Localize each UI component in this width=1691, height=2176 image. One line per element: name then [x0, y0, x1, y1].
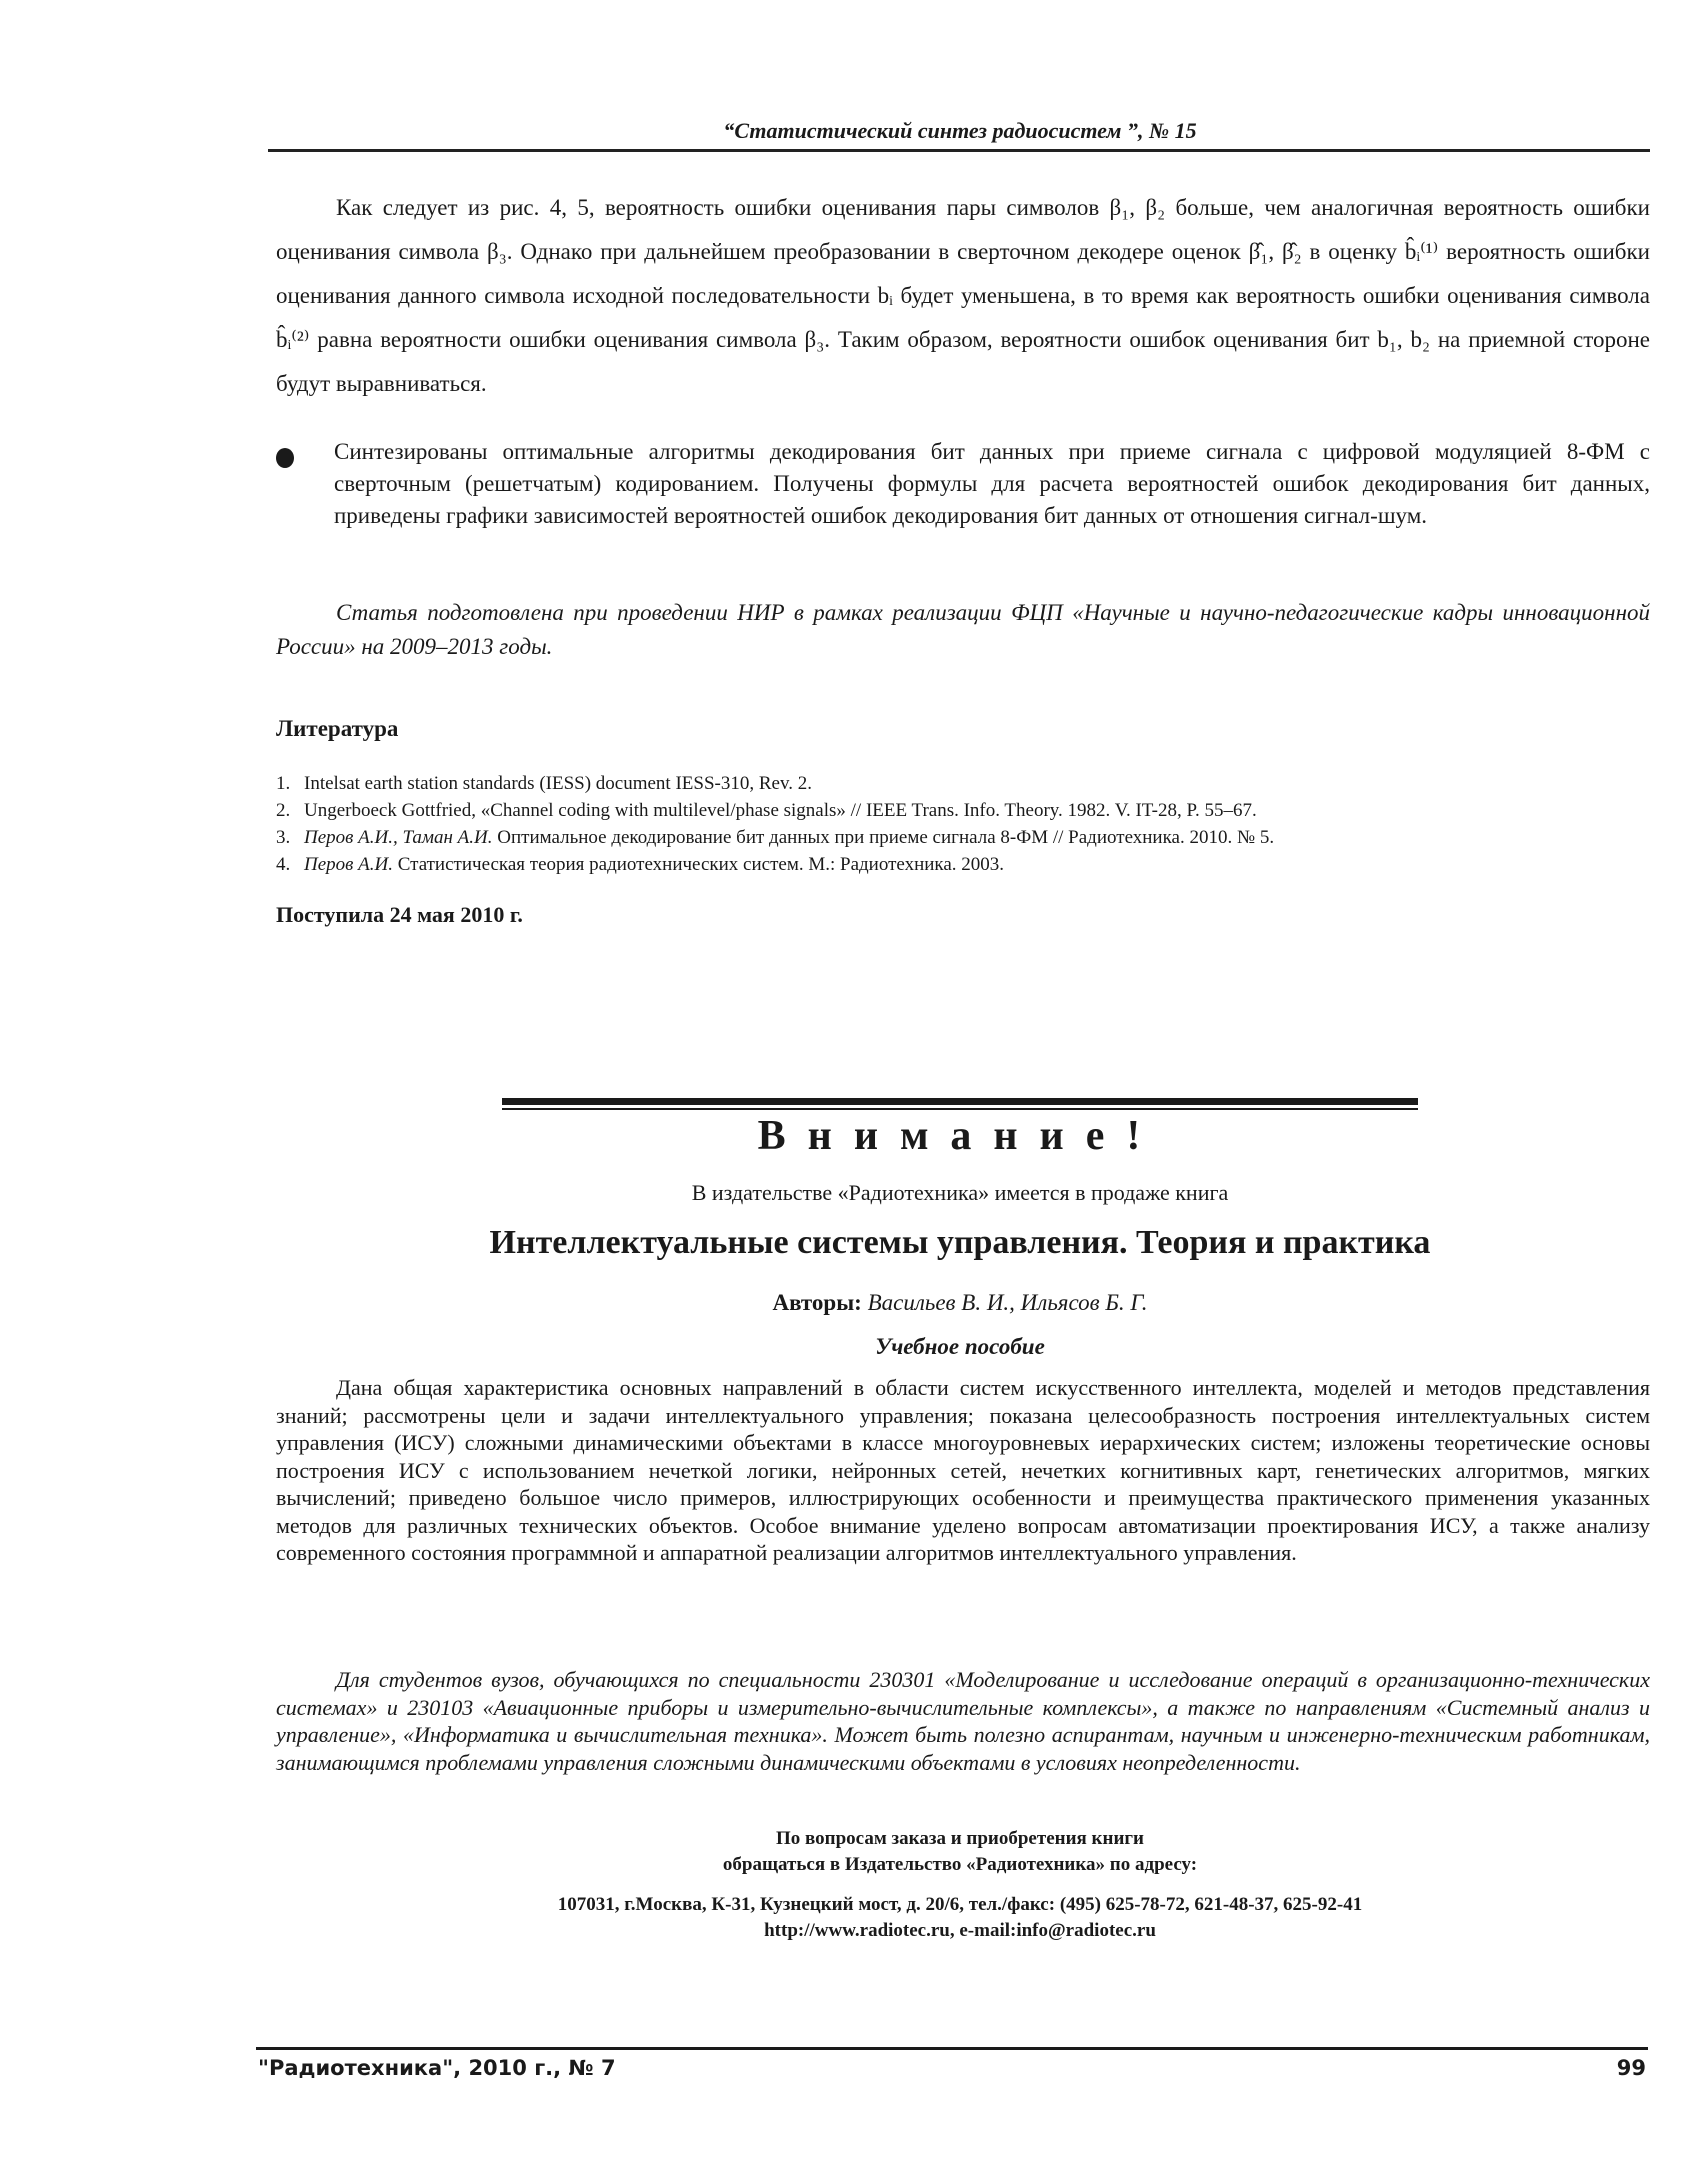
ref-text: Intelsat earth station standards (IESS) …: [304, 773, 812, 794]
ref-text: Оптимальное декодирование бит данных при…: [493, 827, 1275, 848]
ref-number: 4.: [276, 851, 304, 878]
ad-intro: В издательстве «Радиотехника» имеется в …: [300, 1180, 1620, 1206]
reference-item: 3.Перов А.И., Таман А.И. Оптимальное дек…: [276, 824, 1656, 851]
page-number: 99: [1617, 2056, 1646, 2080]
reference-item: 4.Перов А.И. Статистическая теория радио…: [276, 851, 1656, 878]
book-description: Дана общая характеристика основных напра…: [276, 1374, 1650, 1567]
authors-label: Авторы:: [772, 1290, 861, 1315]
literature-heading: Литература: [276, 716, 398, 742]
book-audience: Для студентов вузов, обучающихся по спец…: [276, 1666, 1650, 1776]
ref-number: 3.: [276, 824, 304, 851]
header-rule: [268, 149, 1650, 152]
ref-number: 1.: [276, 770, 304, 797]
reference-item: 1.Intelsat earth station standards (IESS…: [276, 770, 1656, 797]
running-header: “Статистический синтез радиосистем ”, № …: [270, 118, 1650, 144]
ref-text: Статистическая теория радиотехнических с…: [393, 854, 1004, 875]
contact-line-1: По вопросам заказа и приобретения книги: [300, 1828, 1620, 1850]
paragraph-conclusion: Как следует из рис. 4, 5, вероятность ош…: [276, 186, 1650, 406]
contact-line-2: обращаться в Издательство «Радиотехника»…: [300, 1854, 1620, 1876]
reference-item: 2.Ungerboeck Gottfried, «Channel coding …: [276, 797, 1656, 824]
reference-list: 1.Intelsat earth station standards (IESS…: [276, 770, 1656, 878]
ref-authors: Перов А.И.: [304, 854, 393, 875]
ref-number: 2.: [276, 797, 304, 824]
footer-rule: [256, 2047, 1648, 2050]
ref-authors: Перов А.И., Таман А.И.: [304, 827, 493, 848]
ref-text: Ungerboeck Gottfried, «Channel coding wi…: [304, 800, 1257, 821]
attention-heading: Внимание!: [400, 1112, 1520, 1160]
acknowledgement: Статья подготовлена при проведении НИР в…: [276, 596, 1650, 664]
footer-journal: "Радиотехника", 2010 г., № 7: [258, 2056, 616, 2080]
authors-names: Васильев В. И., Ильясов Б. Г.: [868, 1290, 1148, 1315]
ad-rule-thin: [502, 1108, 1418, 1110]
book-title: Интеллектуальные системы управления. Тео…: [300, 1224, 1620, 1262]
received-date: Поступила 24 мая 2010 г.: [276, 902, 523, 928]
bullet-text: Синтезированы оптимальные алгоритмы деко…: [334, 436, 1650, 532]
book-type: Учебное пособие: [300, 1334, 1620, 1360]
publisher-address: 107031, г.Москва, К-31, Кузнецкий мост, …: [300, 1894, 1620, 1916]
publisher-web[interactable]: http://www.radiotec.ru, e-mail:info@radi…: [300, 1920, 1620, 1942]
bullet-dot-icon: [276, 448, 294, 468]
ad-rule-thick: [502, 1098, 1418, 1105]
book-authors: Авторы: Васильев В. И., Ильясов Б. Г.: [300, 1290, 1620, 1316]
